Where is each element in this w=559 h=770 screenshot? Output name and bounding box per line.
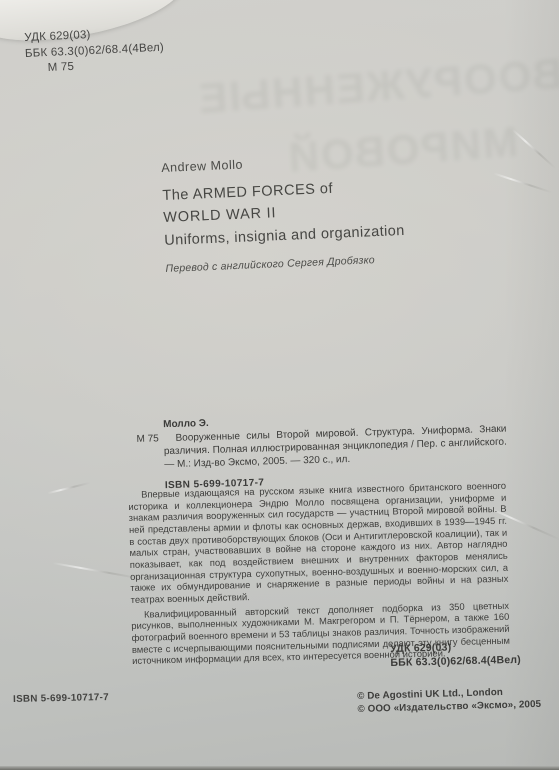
catalog-index: М 75	[136, 432, 159, 446]
footer-isbn: ISBN 5-699-10717-7	[13, 692, 109, 705]
bottom-catalog-codes: УДК 629(03) ББК 63.3(0)62/68.4(4Вел)	[390, 640, 521, 670]
paper-crease	[47, 482, 90, 495]
title-block: Andrew Mollo The ARMED FORCES of WORLD W…	[161, 151, 406, 275]
paper-crease	[493, 172, 553, 193]
annotation-block: Впервые издающаяся на русском языке книг…	[128, 480, 510, 667]
translation-credit: Перевод с английского Сергея Дробязко	[165, 253, 406, 275]
top-catalog-codes: УДК 629(03) ББК 63.3(0)62/68.4(4Вел) М 7…	[24, 25, 165, 78]
footer-copyrights: © De Agostini UK Ltd., London © ООО «Изд…	[357, 685, 541, 716]
catalog-description: Вооруженные силы Второй мировой. Структу…	[163, 423, 507, 472]
bbk-code-bottom: ББК 63.3(0)62/68.4(4Вел)	[390, 653, 521, 670]
annotation-paragraph-1: Впервые издающаяся на русском языке книг…	[128, 480, 509, 606]
photo-bottom-edge	[0, 766, 559, 770]
book-imprint-page: ВООРУЖЕННЫЕ МИРОВОЙ УДК 629(03) ББК 63.3…	[0, 0, 559, 770]
